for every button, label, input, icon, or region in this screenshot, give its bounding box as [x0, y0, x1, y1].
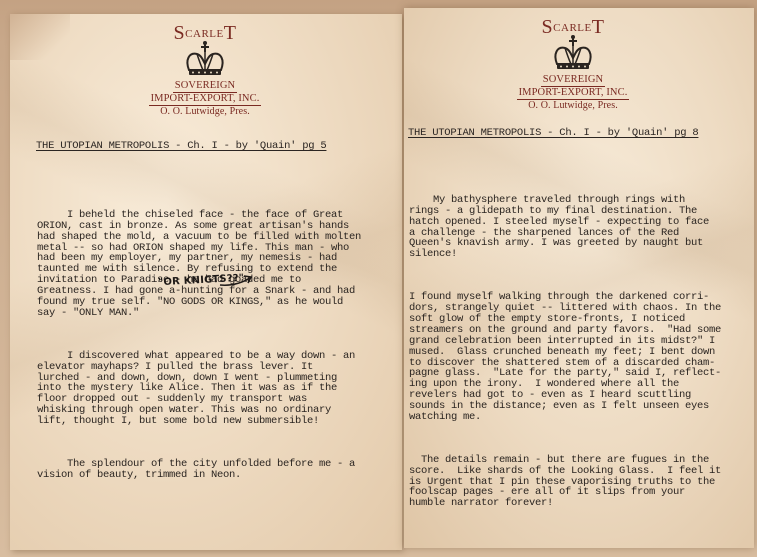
brand-logotype: SCARLET — [130, 26, 280, 42]
brand-middle: CARLE — [553, 22, 592, 34]
manuscript-page-5: SCARLET SOVEREIGN IMPORT-EXPORT, INC. O.… — [10, 14, 402, 550]
handwritten-arrow-icon — [218, 272, 258, 288]
brand-initial: S — [542, 16, 554, 38]
paragraph: I discovered what appeared to be a way d… — [37, 351, 361, 427]
paragraph: The details remain - but there are fugue… — [409, 455, 721, 510]
brand-logotype: SCARLET — [500, 20, 646, 36]
page-header: THE UTOPIAN METROPOLIS - Ch. I - by 'Qua… — [408, 127, 698, 139]
letterhead: SCARLET SOVEREIGN IMPORT-EXPORT, INC. O.… — [130, 14, 280, 118]
company-president: O. O. Lutwidge, Pres. — [130, 106, 280, 118]
paragraph: I found myself walking through the darke… — [409, 292, 721, 423]
paragraph: I beheld the chiseled face - the face of… — [37, 210, 361, 319]
page-body: I beheld the chiseled face - the face of… — [37, 188, 361, 512]
company-line-import-export: IMPORT-EXPORT, INC. — [517, 87, 630, 100]
page-header: THE UTOPIAN METROPOLIS - Ch. I - by 'Qua… — [36, 140, 326, 152]
brand-initial: S — [174, 22, 186, 44]
brand-middle: CARLE — [185, 28, 224, 40]
company-line-sovereign: SOVEREIGN — [541, 74, 605, 87]
company-name: SOVEREIGN IMPORT-EXPORT, INC. O. O. Lutw… — [130, 80, 280, 118]
company-line-import-export: IMPORT-EXPORT, INC. — [149, 93, 262, 106]
letterhead: SCARLET SOVEREIGN IMPORT-EXPORT, INC. O.… — [500, 8, 646, 112]
company-name: SOVEREIGN IMPORT-EXPORT, INC. O. O. Lutw… — [500, 74, 646, 112]
company-line-sovereign: SOVEREIGN — [173, 80, 237, 93]
company-president: O. O. Lutwidge, Pres. — [500, 100, 646, 112]
paragraph: The splendour of the city unfolded befor… — [37, 459, 361, 481]
brand-final: T — [592, 16, 605, 38]
page-body: My bathysphere traveled through rings wi… — [409, 173, 721, 541]
manuscript-page-8: SCARLET SOVEREIGN IMPORT-EXPORT, INC. O.… — [404, 8, 754, 548]
paragraph: My bathysphere traveled through rings wi… — [409, 195, 721, 260]
brand-final: T — [224, 22, 237, 44]
crown-icon — [183, 40, 227, 80]
crown-icon — [551, 34, 595, 74]
